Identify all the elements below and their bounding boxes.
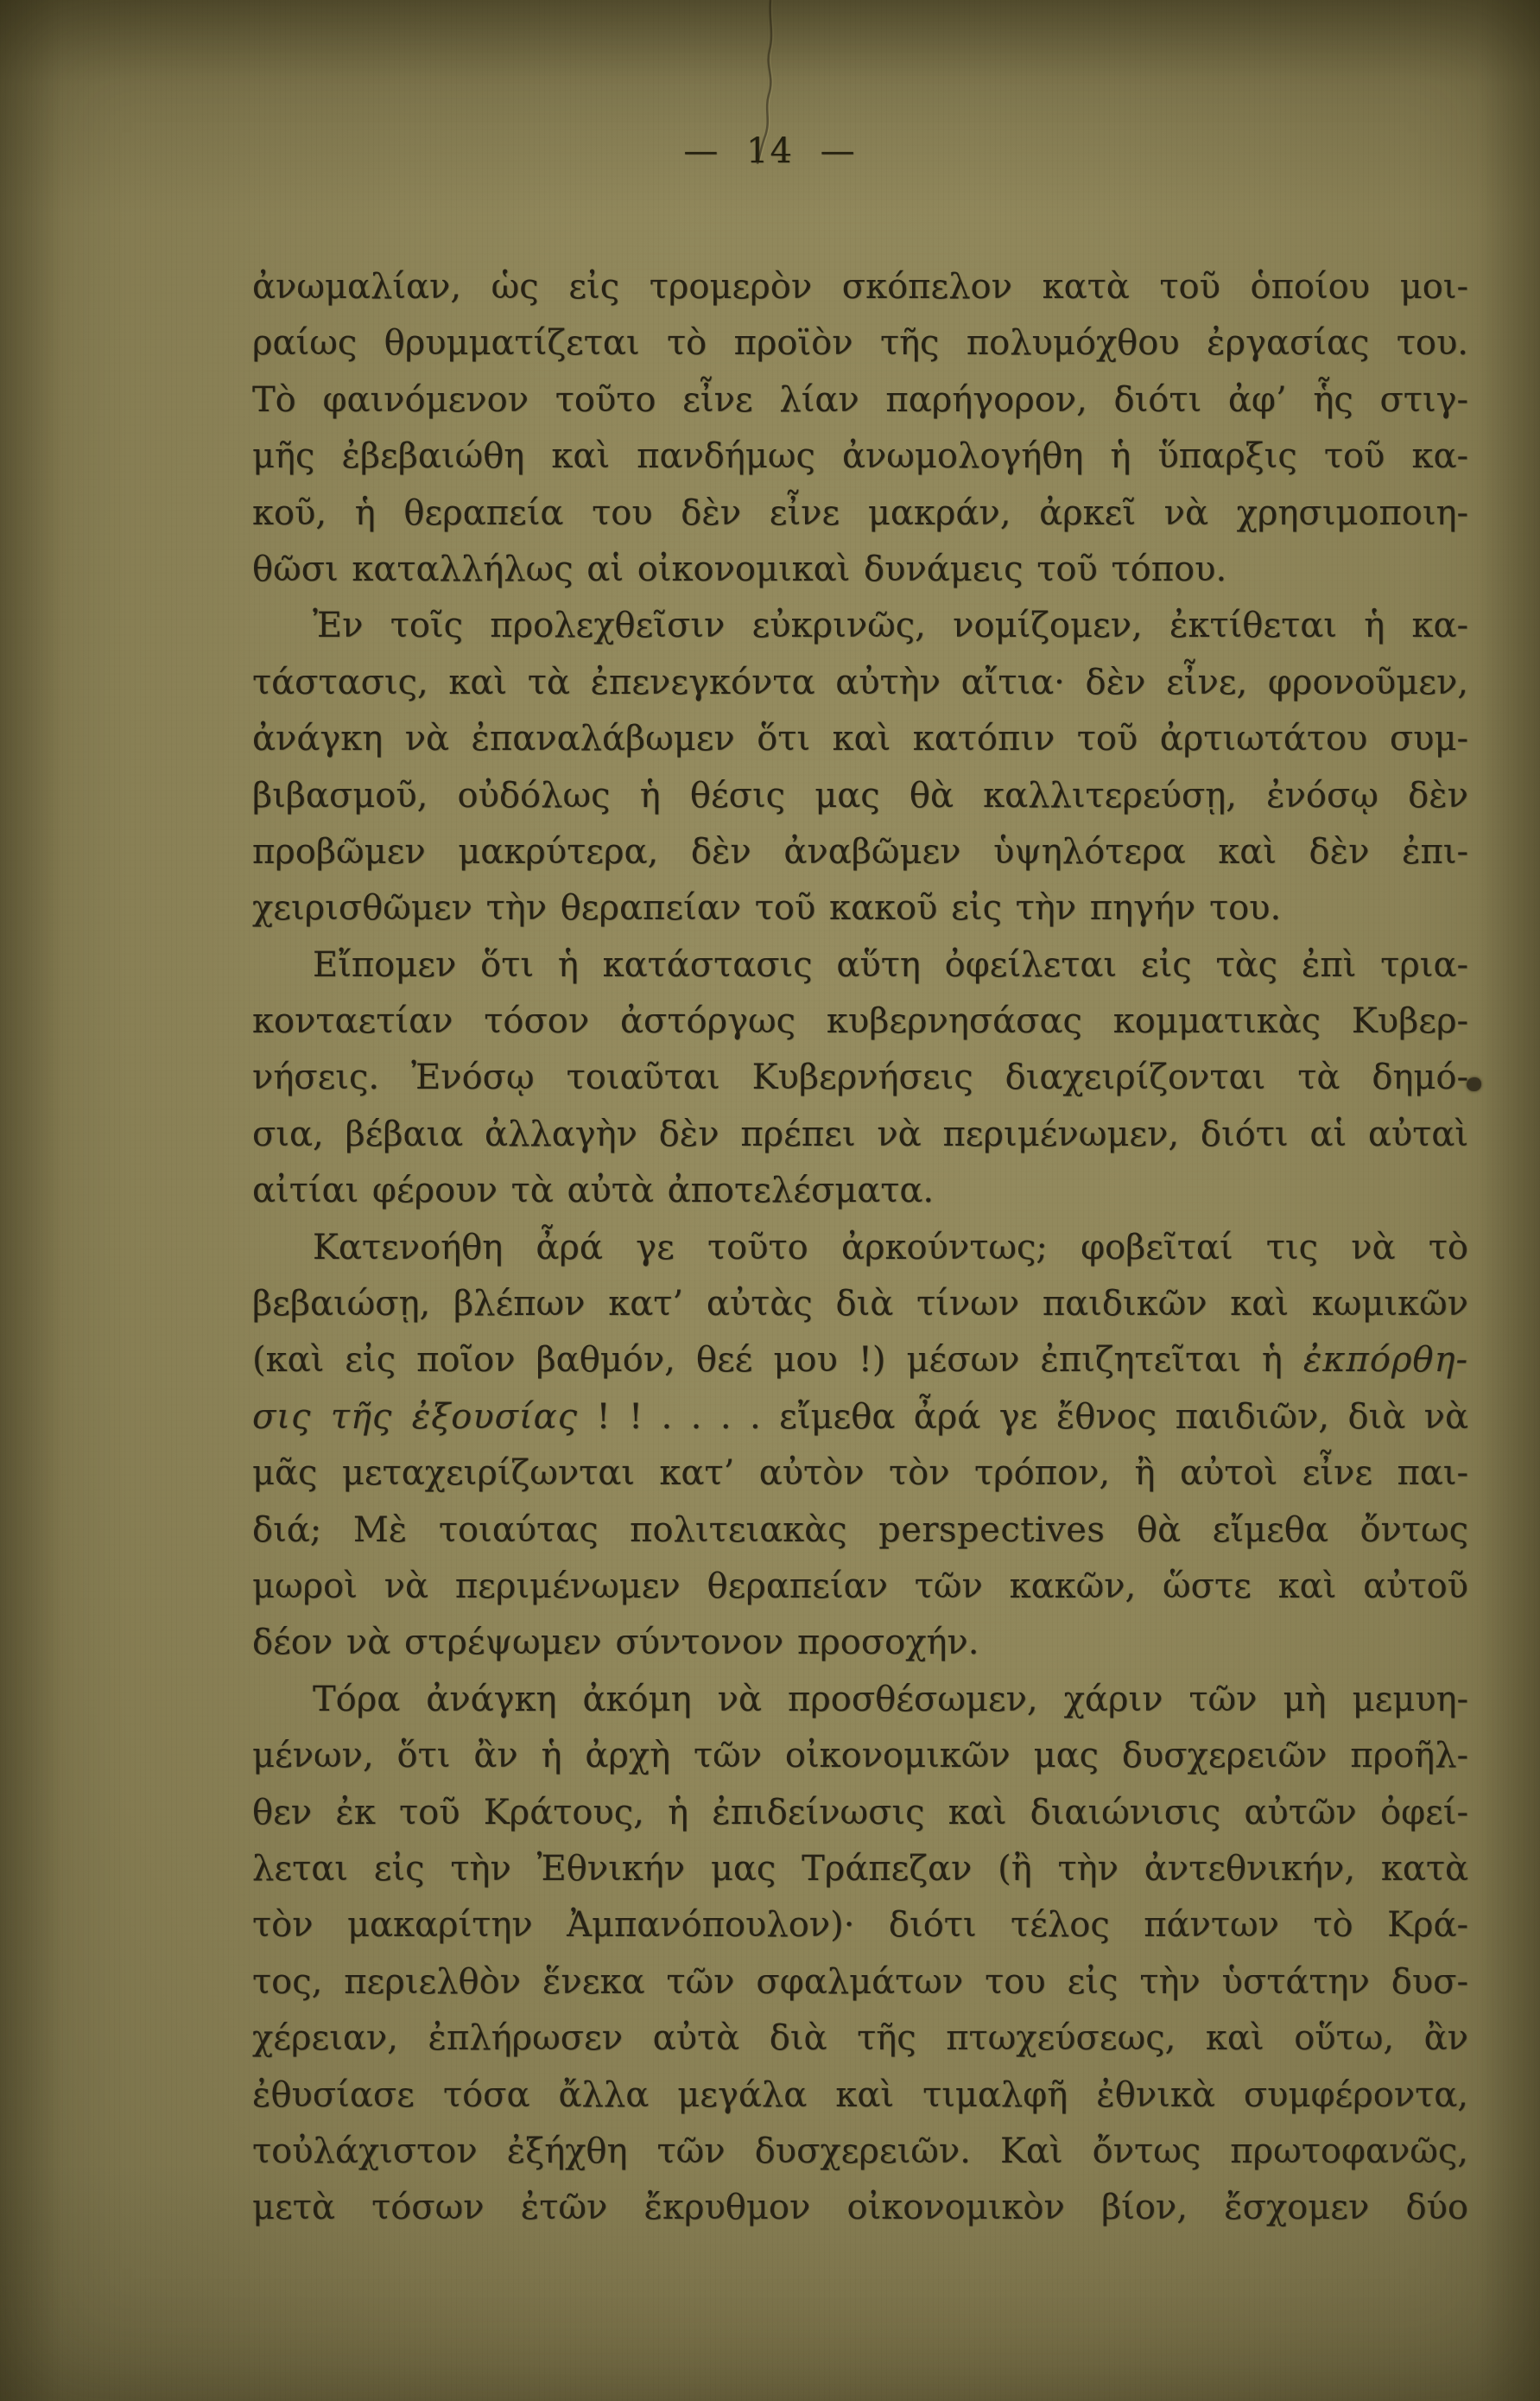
page-number: — 14 — <box>0 131 1540 171</box>
text-segment: τος, περιελθὸν ἕνεκα τῶν σφαλμάτων του ε… <box>252 1962 1468 2002</box>
text-line: λεται εἰς τὴν Ἐθνικήν μας Τράπεζαν (ἢ τὴ… <box>252 1841 1468 1897</box>
text-line: σια, βέβαια ἀλλαγὴν δὲν πρέπει νὰ περιμέ… <box>252 1107 1468 1163</box>
text-segment: διά; Μὲ τοιαύτας πολιτειακὰς <box>252 1510 878 1550</box>
text-line: χέρειαν, ἐπλήρωσεν αὐτὰ διὰ τῆς πτωχεύσε… <box>252 2010 1468 2067</box>
text-segment: μετὰ τόσων ἐτῶν ἔκρυθμον οἰκονομικὸν βίο… <box>252 2188 1468 2227</box>
text-line: θεν ἐκ τοῦ Κράτους, ἡ ἐπιδείνωσις καὶ δι… <box>252 1785 1468 1841</box>
text-line: διά; Μὲ τοιαύτας πολιτειακὰς perspective… <box>252 1502 1468 1559</box>
text-segment: (καὶ εἰς ποῖον βαθμόν, θεέ μου !) μέσων … <box>252 1340 1303 1380</box>
text-segment: κονταετίαν τόσον ἀστόργως κυβερνησάσας κ… <box>252 1001 1468 1041</box>
text-line: βιβασμοῦ, οὐδόλως ἡ θέσις μας θὰ καλλιτε… <box>252 768 1468 824</box>
text-line: τος, περιελθὸν ἕνεκα τῶν σφαλμάτων του ε… <box>252 1954 1468 2010</box>
text-line: χειρισθῶμεν τὴν θεραπείαν τοῦ κακοῦ εἰς … <box>252 880 1468 937</box>
text-segment: μῆς ἐβεβαιώθη καὶ πανδήμως ἀνωμολογήθη ἡ… <box>252 436 1468 476</box>
text-line: σις τῆς ἐξουσίας ! ! . . . . εἴμεθα ἆρά … <box>252 1389 1468 1445</box>
text-segment: αἰτίαι φέρουν τὰ αὐτὰ ἀποτελέσματα. <box>252 1171 934 1210</box>
text-line: ἐθυσίασε τόσα ἄλλα μεγάλα καὶ τιμαλφῆ ἐθ… <box>252 2068 1468 2124</box>
text-line: μᾶς μεταχειρίζωνται κατ’ αὐτὸν τὸν τρόπο… <box>252 1445 1468 1502</box>
text-segment: προβῶμεν μακρύτερα, δὲν ἀναβῶμεν ὑψηλότε… <box>252 832 1468 872</box>
text-segment: τάστασις, καὶ τὰ ἐπενεγκόντα αὐτὴν αἴτια… <box>252 663 1468 702</box>
text-segment: Ἐν τοῖς προλεχθεῖσιν εὐκρινῶς, νομίζομεν… <box>313 606 1468 645</box>
text-line: ἀνάγκη νὰ ἐπαναλάβωμεν ὅτι καὶ κατόπιν τ… <box>252 711 1468 767</box>
text-segment: θὰ εἴμεθα ὄντως <box>1105 1510 1468 1550</box>
text-segment: νήσεις. Ἐνόσῳ τοιαῦται Κυβερνήσεις διαχε… <box>252 1058 1468 1097</box>
text-segment: χέρειαν, ἐπλήρωσεν αὐτὰ διὰ τῆς πτωχεύσε… <box>252 2018 1468 2058</box>
text-line: κοῦ, ἡ θεραπεία του δὲν εἶνε μακράν, ἀρκ… <box>252 486 1468 542</box>
text-line: νήσεις. Ἐνόσῳ τοιαῦται Κυβερνήσεις διαχε… <box>252 1050 1468 1106</box>
text-segment: κοῦ, ἡ θεραπεία του δὲν εἶνε μακράν, ἀρκ… <box>252 493 1468 533</box>
text-segment: θεν ἐκ τοῦ Κράτους, ἡ ἐπιδείνωσις καὶ δι… <box>252 1793 1468 1833</box>
text-line: Κατενοήθη ἆρά γε τοῦτο ἀρκούντως; φοβεῖτ… <box>252 1220 1468 1276</box>
text-segment: δέον νὰ στρέψωμεν σύντονον προσοχήν. <box>252 1623 979 1662</box>
text-line: Τὸ φαινόμενον τοῦτο εἶνε λίαν παρήγορον,… <box>252 372 1468 429</box>
text-segment: βεβαιώσῃ, βλέπων κατ’ αὐτὰς διὰ τίνων πα… <box>252 1284 1468 1324</box>
emphasized-text: ἐκπόρθη- <box>1303 1340 1468 1380</box>
text-segment: Τόρα ἀνάγκη ἀκόμη νὰ προσθέσωμεν, χάριν … <box>313 1680 1468 1719</box>
paragraph: Κατενοήθη ἆρά γε τοῦτο ἀρκούντως; φοβεῖτ… <box>252 1220 1468 1672</box>
text-line: θῶσι καταλλήλως αἱ οἰκονομικαὶ δυνάμεις … <box>252 542 1468 598</box>
text-line: μετὰ τόσων ἐτῶν ἔκρυθμον οἰκονομικὸν βίο… <box>252 2180 1468 2236</box>
text-line: Τόρα ἀνάγκη ἀκόμη νὰ προσθέσωμεν, χάριν … <box>252 1672 1468 1728</box>
text-line: μωροὶ νὰ περιμένωμεν θεραπείαν τῶν κακῶν… <box>252 1559 1468 1615</box>
text-segment: μένων, ὅτι ἂν ἡ ἀρχὴ τῶν οἰκονομικῶν μας… <box>252 1736 1468 1775</box>
text-segment: ἐθυσίασε τόσα ἄλλα μεγάλα καὶ τιμαλφῆ ἐθ… <box>252 2075 1468 2115</box>
text-line: ραίως θρυμματίζεται τὸ προϊὸν τῆς πολυμό… <box>252 315 1468 372</box>
text-segment: Εἴπομεν ὅτι ἡ κατάστασις αὕτη ὀφείλεται … <box>313 945 1468 985</box>
text-segment: Κατενοήθη ἆρά γε τοῦτο ἀρκούντως; φοβεῖτ… <box>313 1228 1468 1267</box>
text-segment: μᾶς μεταχειρίζωνται κατ’ αὐτὸν τὸν τρόπο… <box>252 1453 1468 1493</box>
text-line: μῆς ἐβεβαιώθη καὶ πανδήμως ἀνωμολογήθη ἡ… <box>252 429 1468 485</box>
text-line: ἀνωμαλίαν, ὡς εἰς τρομερὸν σκόπελον κατὰ… <box>252 259 1468 315</box>
text-line: αἰτίαι φέρουν τὰ αὐτὰ ἀποτελέσματα. <box>252 1163 1468 1219</box>
text-line: Ἐν τοῖς προλεχθεῖσιν εὐκρινῶς, νομίζομεν… <box>252 598 1468 654</box>
text-line: μένων, ὅτι ἂν ἡ ἀρχὴ τῶν οἰκονομικῶν μας… <box>252 1728 1468 1784</box>
text-line: τάστασις, καὶ τὰ ἐπενεγκόντα αὐτὴν αἴτια… <box>252 655 1468 711</box>
text-segment: λεται εἰς τὴν Ἐθνικήν μας Τράπεζαν (ἢ τὴ… <box>252 1849 1468 1889</box>
text-line: κονταετίαν τόσον ἀστόργως κυβερνησάσας κ… <box>252 994 1468 1050</box>
text-block: ἀνωμαλίαν, ὡς εἰς τρομερὸν σκόπελον κατὰ… <box>252 259 1468 2237</box>
text-segment: ἀνωμαλίαν, ὡς εἰς τρομερὸν σκόπελον κατὰ… <box>252 267 1468 307</box>
paragraph: Ἐν τοῖς προλεχθεῖσιν εὐκρινῶς, νομίζομεν… <box>252 598 1468 937</box>
text-segment: χειρισθῶμεν τὴν θεραπείαν τοῦ κακοῦ εἰς … <box>252 888 1281 928</box>
text-segment: ἀνάγκη νὰ ἐπαναλάβωμεν ὅτι καὶ κατόπιν τ… <box>252 719 1468 759</box>
text-segment: μωροὶ νὰ περιμένωμεν θεραπείαν τῶν κακῶν… <box>252 1566 1468 1606</box>
text-line: (καὶ εἰς ποῖον βαθμόν, θεέ μου !) μέσων … <box>252 1332 1468 1388</box>
text-line: προβῶμεν μακρύτερα, δὲν ἀναβῶμεν ὑψηλότε… <box>252 824 1468 880</box>
emphasized-text: σις τῆς ἐξουσίας <box>252 1397 578 1437</box>
text-segment: βιβασμοῦ, οὐδόλως ἡ θέσις μας θὰ καλλιτε… <box>252 776 1468 816</box>
ink-speck <box>1467 1077 1481 1091</box>
text-segment: ραίως θρυμματίζεται τὸ προϊὸν τῆς πολυμό… <box>252 323 1468 363</box>
text-line: βεβαιώσῃ, βλέπων κατ’ αὐτὰς διὰ τίνων πα… <box>252 1276 1468 1332</box>
paragraph: Τόρα ἀνάγκη ἀκόμη νὰ προσθέσωμεν, χάριν … <box>252 1672 1468 2237</box>
paragraph: Εἴπομεν ὅτι ἡ κατάστασις αὕτη ὀφείλεται … <box>252 937 1468 1220</box>
paragraph: ἀνωμαλίαν, ὡς εἰς τρομερὸν σκόπελον κατὰ… <box>252 259 1468 598</box>
text-line: τοὐλάχιστον ἐξήχθη τῶν δυσχερειῶν. Καὶ ὄ… <box>252 2124 1468 2180</box>
text-line: τὸν μακαρίτην Ἀμπανόπουλον)· διότι τέλος… <box>252 1897 1468 1953</box>
text-segment: Τὸ φαινόμενον τοῦτο εἶνε λίαν παρήγορον,… <box>252 380 1468 420</box>
text-line: δέον νὰ στρέψωμεν σύντονον προσοχήν. <box>252 1615 1468 1671</box>
latin-text: perspectives <box>878 1510 1105 1550</box>
text-segment: θῶσι καταλλήλως αἱ οἰκονομικαὶ δυνάμεις … <box>252 549 1226 589</box>
text-segment: τοὐλάχιστον ἐξήχθη τῶν δυσχερειῶν. Καὶ ὄ… <box>252 2131 1468 2171</box>
text-line: Εἴπομεν ὅτι ἡ κατάστασις αὕτη ὀφείλεται … <box>252 937 1468 994</box>
text-segment: σια, βέβαια ἀλλαγὴν δὲν πρέπει νὰ περιμέ… <box>252 1115 1468 1154</box>
scanned-book-page: — 14 — ἀνωμαλίαν, ὡς εἰς τρομερὸν σκόπελ… <box>0 0 1540 2401</box>
text-segment: τὸν μακαρίτην Ἀμπανόπουλον)· διότι τέλος… <box>252 1905 1468 1945</box>
text-segment: ! ! . . . . εἴμεθα ἆρά γε ἔθνος παιδιῶν,… <box>578 1397 1468 1437</box>
